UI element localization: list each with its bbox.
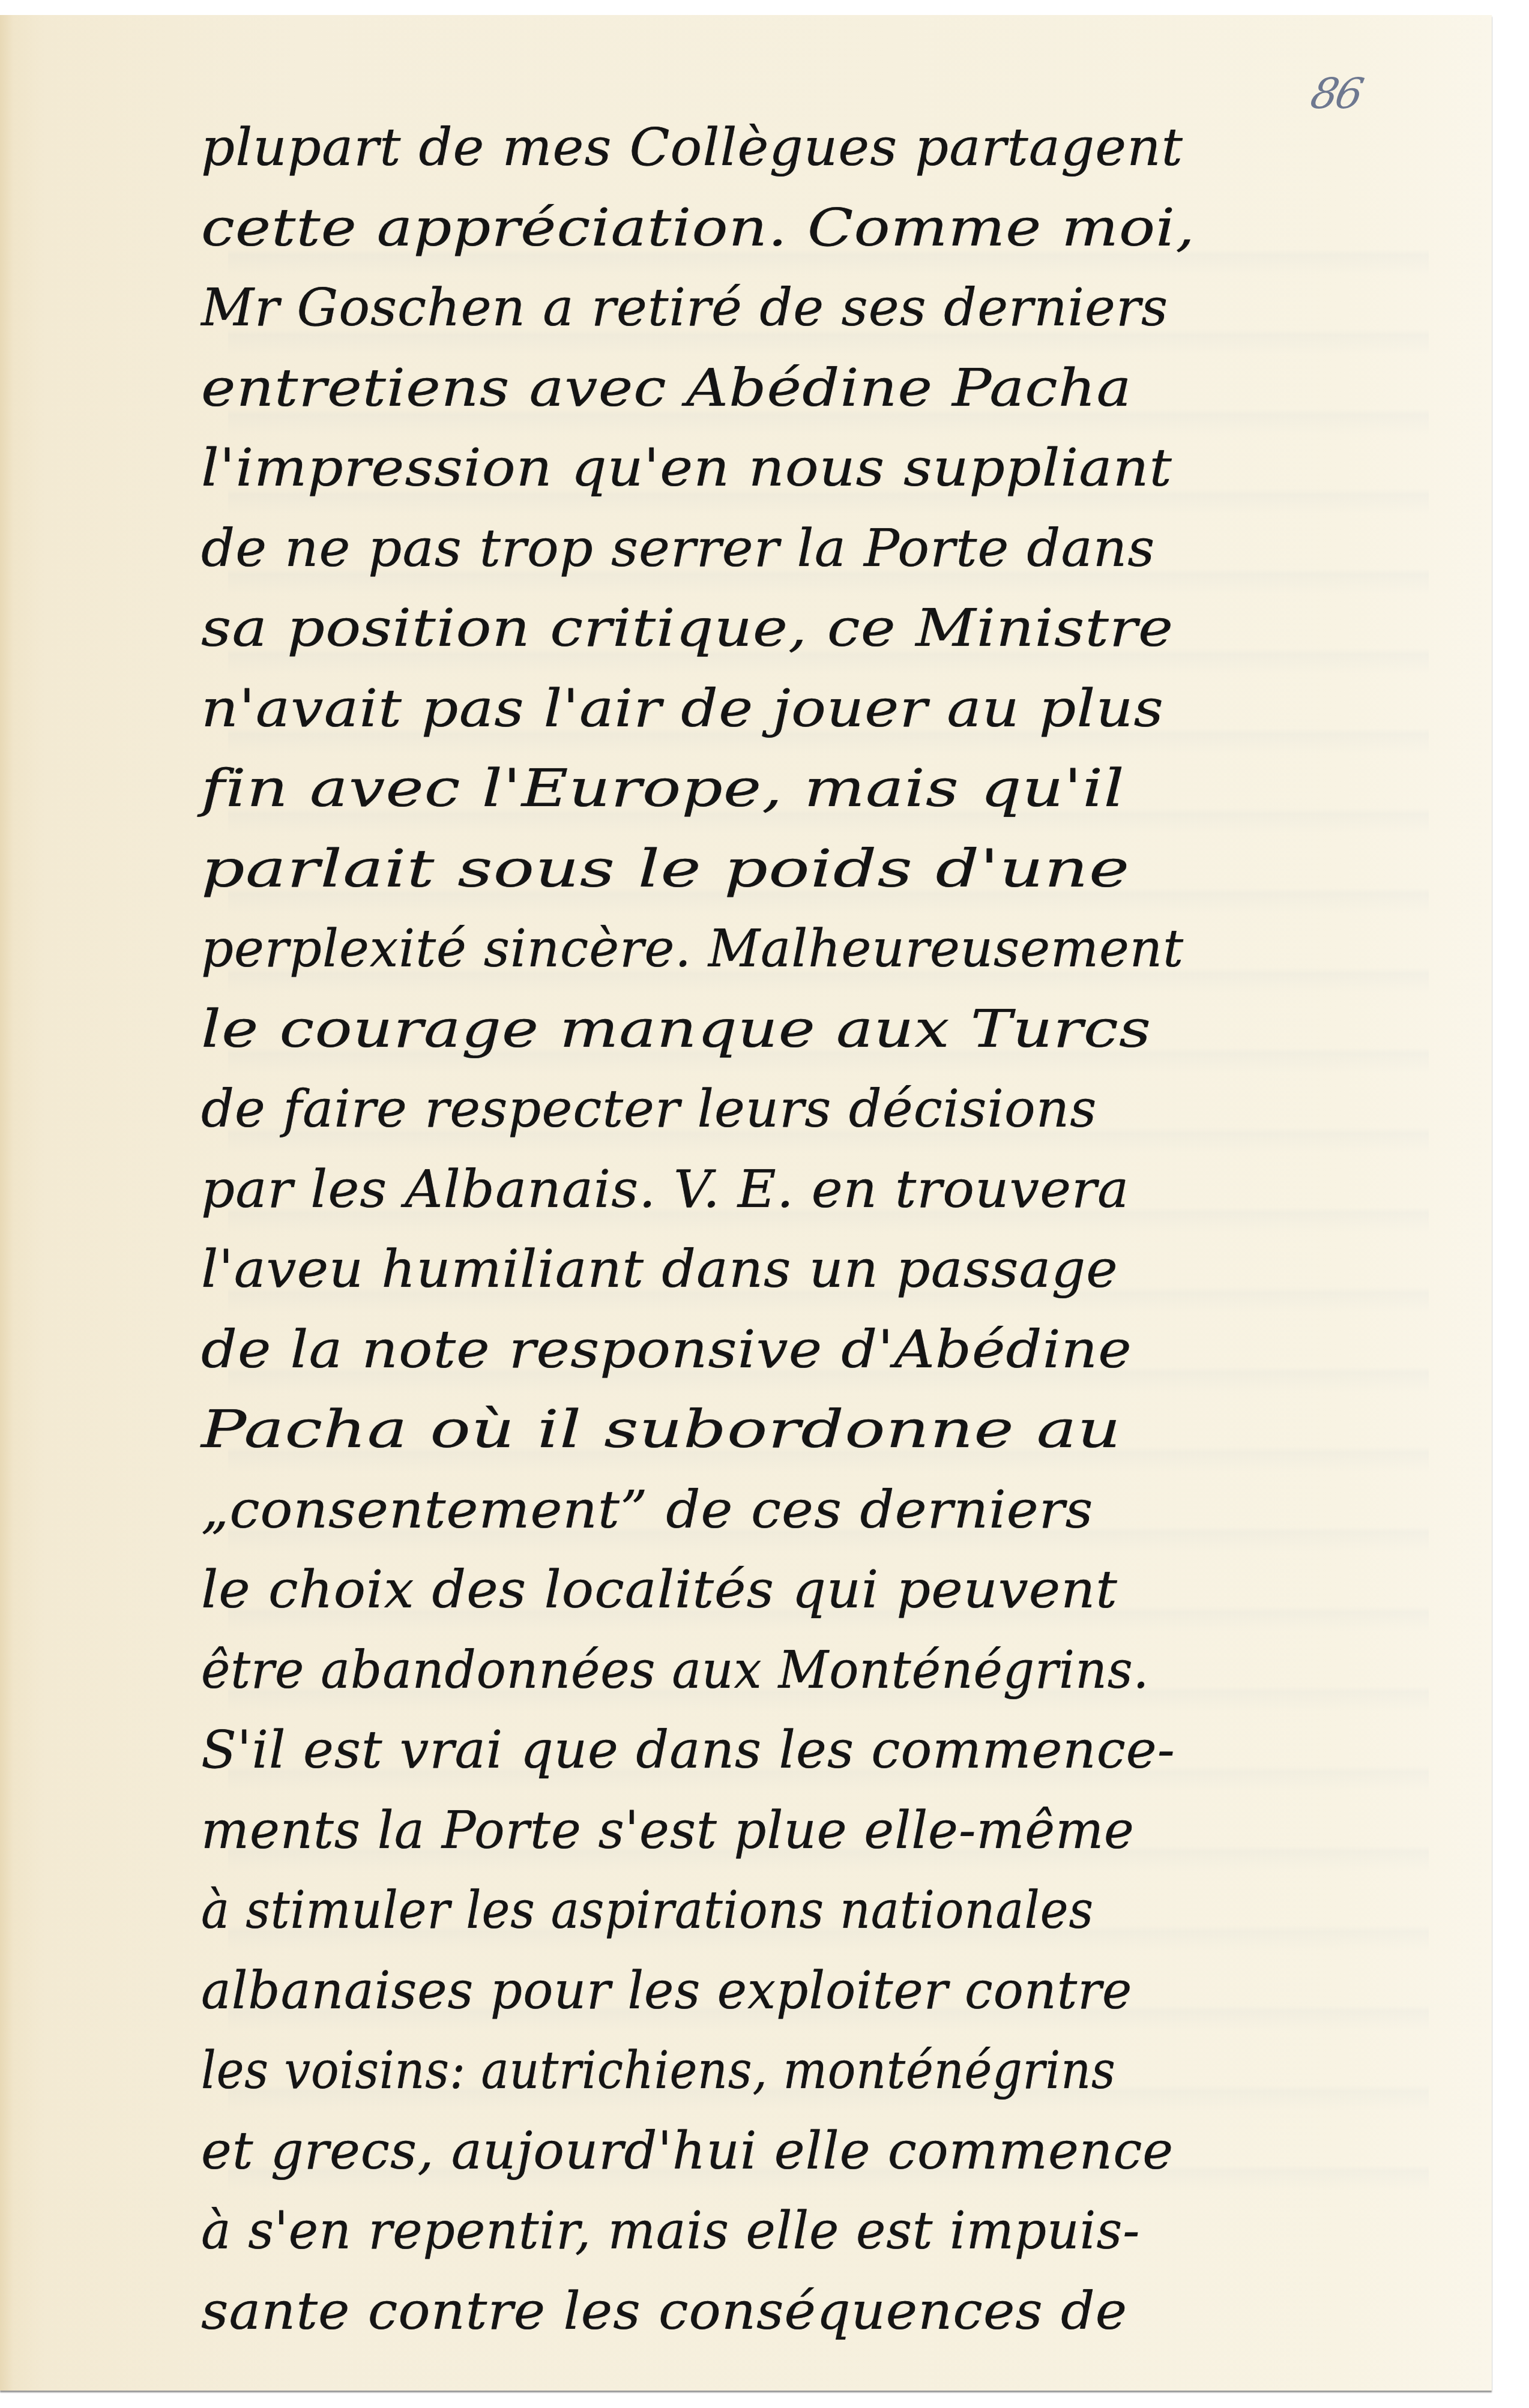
- text-line: sa position critique, ce Ministre: [201, 589, 1529, 669]
- text-line: parlait sous le poids d'une: [201, 829, 1529, 910]
- text-line: de ne pas trop serrer la Porte dans: [201, 509, 1487, 589]
- text-line: S'il est vrai que dans les commence-: [201, 1711, 1462, 1791]
- text-line: Mr Goschen a retiré de ses derniers: [201, 268, 1462, 349]
- text-line: l'aveu humiliant dans un passage: [201, 1230, 1500, 1310]
- text-line: être abandonnées aux Monténégrins.: [201, 1631, 1399, 1711]
- text-line: à stimuler les aspirations nationales: [201, 1871, 1361, 1951]
- text-line: le courage manque aux Turcs: [201, 990, 1529, 1070]
- text-line: de faire respecter leurs décisions: [201, 1070, 1462, 1150]
- text-line: sante contre les conséquences de: [201, 2272, 1500, 2352]
- text-line: à s'en repentir, mais elle est impuis-: [201, 2191, 1424, 2272]
- text-line: n'avait pas l'air de jouer au plus: [201, 669, 1529, 750]
- text-line: fin avec l'Europe, mais qu'il: [201, 749, 1529, 829]
- text-line: de la note responsive d'Abédine: [201, 1310, 1529, 1391]
- text-line: perplexité sincère. Malheureusement: [201, 909, 1437, 990]
- text-line: „consentement” de ces derniers: [201, 1470, 1512, 1551]
- text-line: cette appréciation. Comme moi,: [201, 188, 1529, 269]
- text-line: albanaises pour les exploiter contre: [201, 1951, 1424, 2032]
- text-line: l'impression qu'en nous suppliant: [201, 429, 1529, 509]
- text-line: les voisins: autrichiens, monténégrins: [201, 2031, 1336, 2112]
- handwritten-text-block: plupart de mes Collègues partagent cette…: [201, 108, 1462, 2352]
- text-line: par les Albanais. V. E. en trouvera: [201, 1150, 1487, 1230]
- text-line: et grecs, aujourd'hui elle commence: [201, 2112, 1462, 2192]
- text-line: le choix des localités qui peuvent: [201, 1550, 1500, 1631]
- text-line: Pacha où il subordonne au: [201, 1390, 1529, 1470]
- text-line: ments la Porte s'est plue elle-même: [201, 1791, 1437, 1871]
- text-line: entretiens avec Abédine Pacha: [201, 349, 1529, 429]
- text-line: plupart de mes Collègues partagent: [201, 108, 1487, 188]
